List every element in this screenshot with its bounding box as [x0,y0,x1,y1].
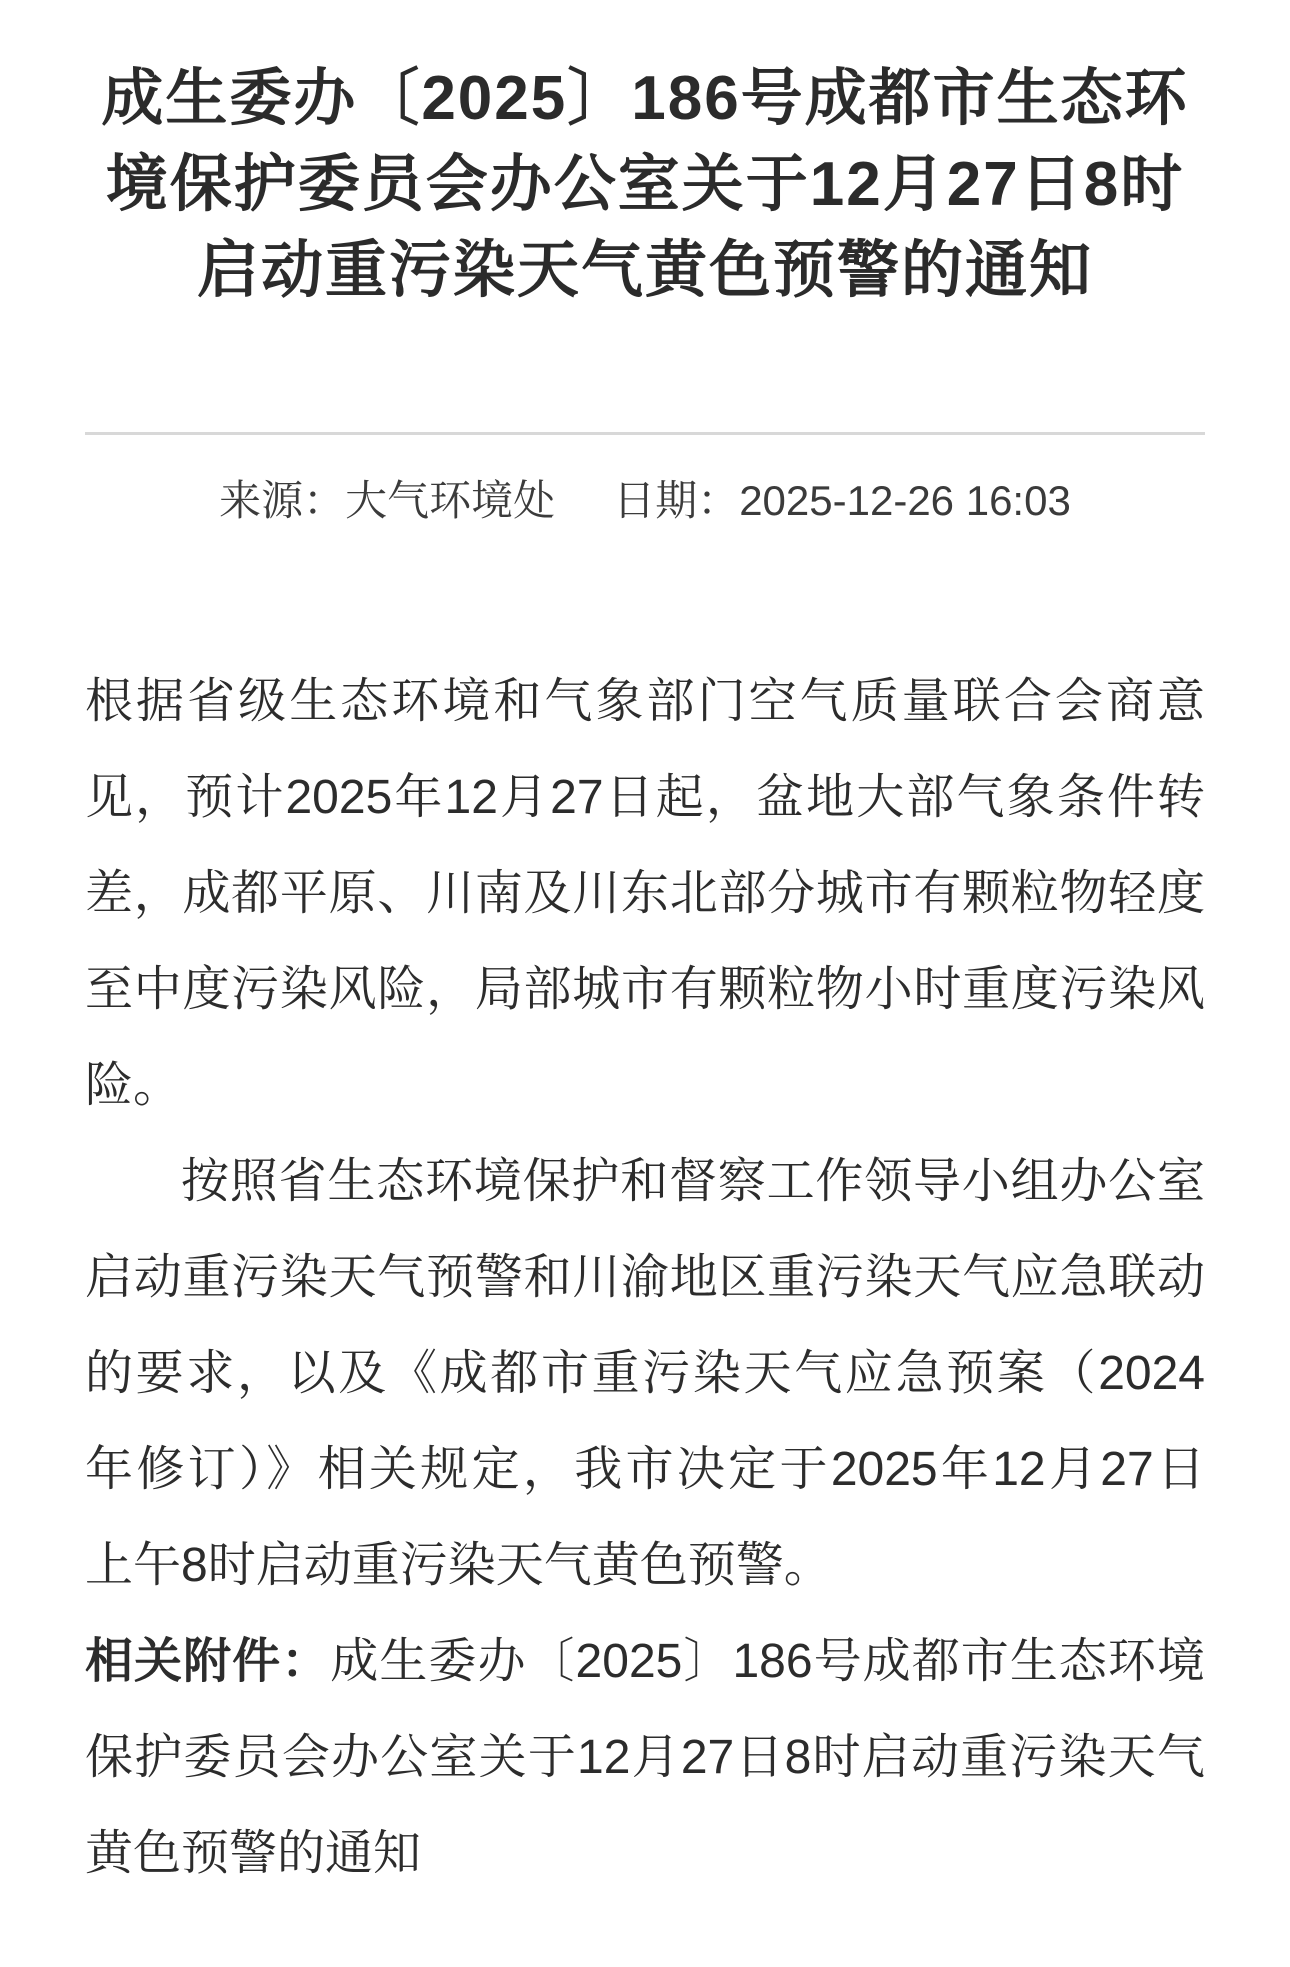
page-title-line: 境保护委员会办公室关于12月27日8时 [85,142,1205,228]
body-line: 年修订）》相关规定，我市决定于2025年12月27日 [85,1422,1205,1518]
date-label: 日期： [613,477,739,524]
page-title: 成生委办〔2025〕186号成都市生态环 境保护委员会办公室关于12月27日8时… [85,56,1205,314]
paragraph-forecast: 根据省级生态环境和气象部门空气质量联合会商意 见，预计2025年12月27日起，… [85,654,1205,1134]
body-line: 的要求，以及《成都市重污染天气应急预案（2024 [85,1326,1205,1422]
body-line: 差，成都平原、川南及川东北部分城市有颗粒物轻度 [85,846,1205,942]
attachment-line: 相关附件：成生委办〔2025〕186号成都市生态环境 [85,1614,1205,1710]
body-line: 上午8时启动重污染天气黄色预警。 [85,1518,1205,1614]
source-label: 来源： [219,477,345,524]
page-title-line: 成生委办〔2025〕186号成都市生态环 [85,56,1205,142]
paragraph-decision: 按照省生态环境保护和督察工作领导小组办公室 启动重污染天气预警和川渝地区重污染天… [85,1134,1205,1614]
body-line: 根据省级生态环境和气象部门空气质量联合会商意 [85,654,1205,750]
attachment-label: 相关附件： [85,1635,330,1688]
source-value: 大气环境处 [345,477,555,524]
notice-page: 成生委办〔2025〕186号成都市生态环 境保护委员会办公室关于12月27日8时… [0,0,1290,1967]
attachment-link[interactable]: 黄色预警的通知 [85,1806,1205,1902]
body-line: 险。 [85,1038,1205,1134]
article-meta: 来源：大气环境处日期：2025-12-26 16:03 [85,473,1205,529]
body-line: 按照省生态环境保护和督察工作领导小组办公室 [85,1134,1205,1230]
article-body: 根据省级生态环境和气象部门空气质量联合会商意 见，预计2025年12月27日起，… [85,654,1205,1902]
attachment-link[interactable]: 成生委办〔2025〕186号成都市生态环境 [330,1635,1205,1688]
body-line: 见，预计2025年12月27日起，盆地大部气象条件转 [85,750,1205,846]
date-value: 2025-12-26 16:03 [739,477,1071,524]
paragraph-attachment: 相关附件：成生委办〔2025〕186号成都市生态环境 保护委员会办公室关于12月… [85,1614,1205,1902]
page-title-line: 启动重污染天气黄色预警的通知 [85,228,1205,314]
body-line: 启动重污染天气预警和川渝地区重污染天气应急联动 [85,1230,1205,1326]
body-line: 至中度污染风险，局部城市有颗粒物小时重度污染风 [85,942,1205,1038]
attachment-link[interactable]: 保护委员会办公室关于12月27日8时启动重污染天气 [85,1710,1205,1806]
title-divider [85,432,1205,435]
